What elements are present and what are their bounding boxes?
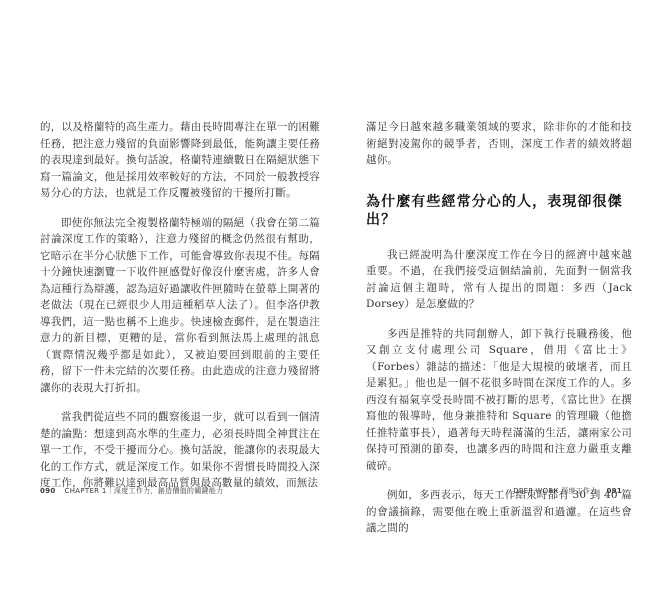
right-page-footer: DEEP WORK 深度工作力091	[513, 486, 622, 496]
right-page-text-column: 滿足今日越來越多職業領域的要求，除非你的才能和技術絕對凌駕你的競爭者，否則，深度…	[366, 119, 632, 550]
section-heading: 為什麼有些經常分心的人，表現卻很傑出？	[366, 193, 632, 229]
chapter-label: CHAPTER 1｜深度工作力，創造價值的關鍵能力	[65, 487, 224, 495]
book-title-label: DEEP WORK 深度工作力	[513, 487, 597, 495]
body-paragraph: 多西是推特的共同創辦人，卸下執行長職務後，他又創立支付處理公司 Square，借…	[366, 326, 632, 475]
left-page-number: 090	[40, 487, 56, 495]
body-paragraph: 滿足今日越來越多職業領域的要求，除非你的才能和技術絕對凌駕你的競爭者，否則，深度…	[366, 119, 632, 169]
book-spread: 的，以及格蘭特的高生產力。藉由長時間專注在單一的困難任務，把注意力殘留的負面影響…	[0, 0, 655, 609]
body-paragraph: 的，以及格蘭特的高生產力。藉由長時間專注在單一的困難任務，把注意力殘留的負面影響…	[40, 119, 320, 202]
left-page-text-column: 的，以及格蘭特的高生產力。藉由長時間專注在單一的困難任務，把注意力殘留的負面影響…	[40, 119, 320, 505]
left-page-footer: 090CHAPTER 1｜深度工作力，創造價值的關鍵能力	[40, 486, 223, 496]
body-paragraph: 我已經說明為什麼深度工作在今日的經濟中越來越重要。不過，在我們接受這個結論前，先…	[366, 247, 632, 313]
body-paragraph: 即使你無法完全複製格蘭特極端的隔絕（我會在第二篇討論深度工作的策略），注意力殘留…	[40, 215, 320, 397]
right-page-number: 091	[606, 487, 622, 495]
body-paragraph: 當我們從這些不同的觀察後退一步，就可以看到一個清楚的論點：想達到高水準的生產力，…	[40, 409, 320, 492]
